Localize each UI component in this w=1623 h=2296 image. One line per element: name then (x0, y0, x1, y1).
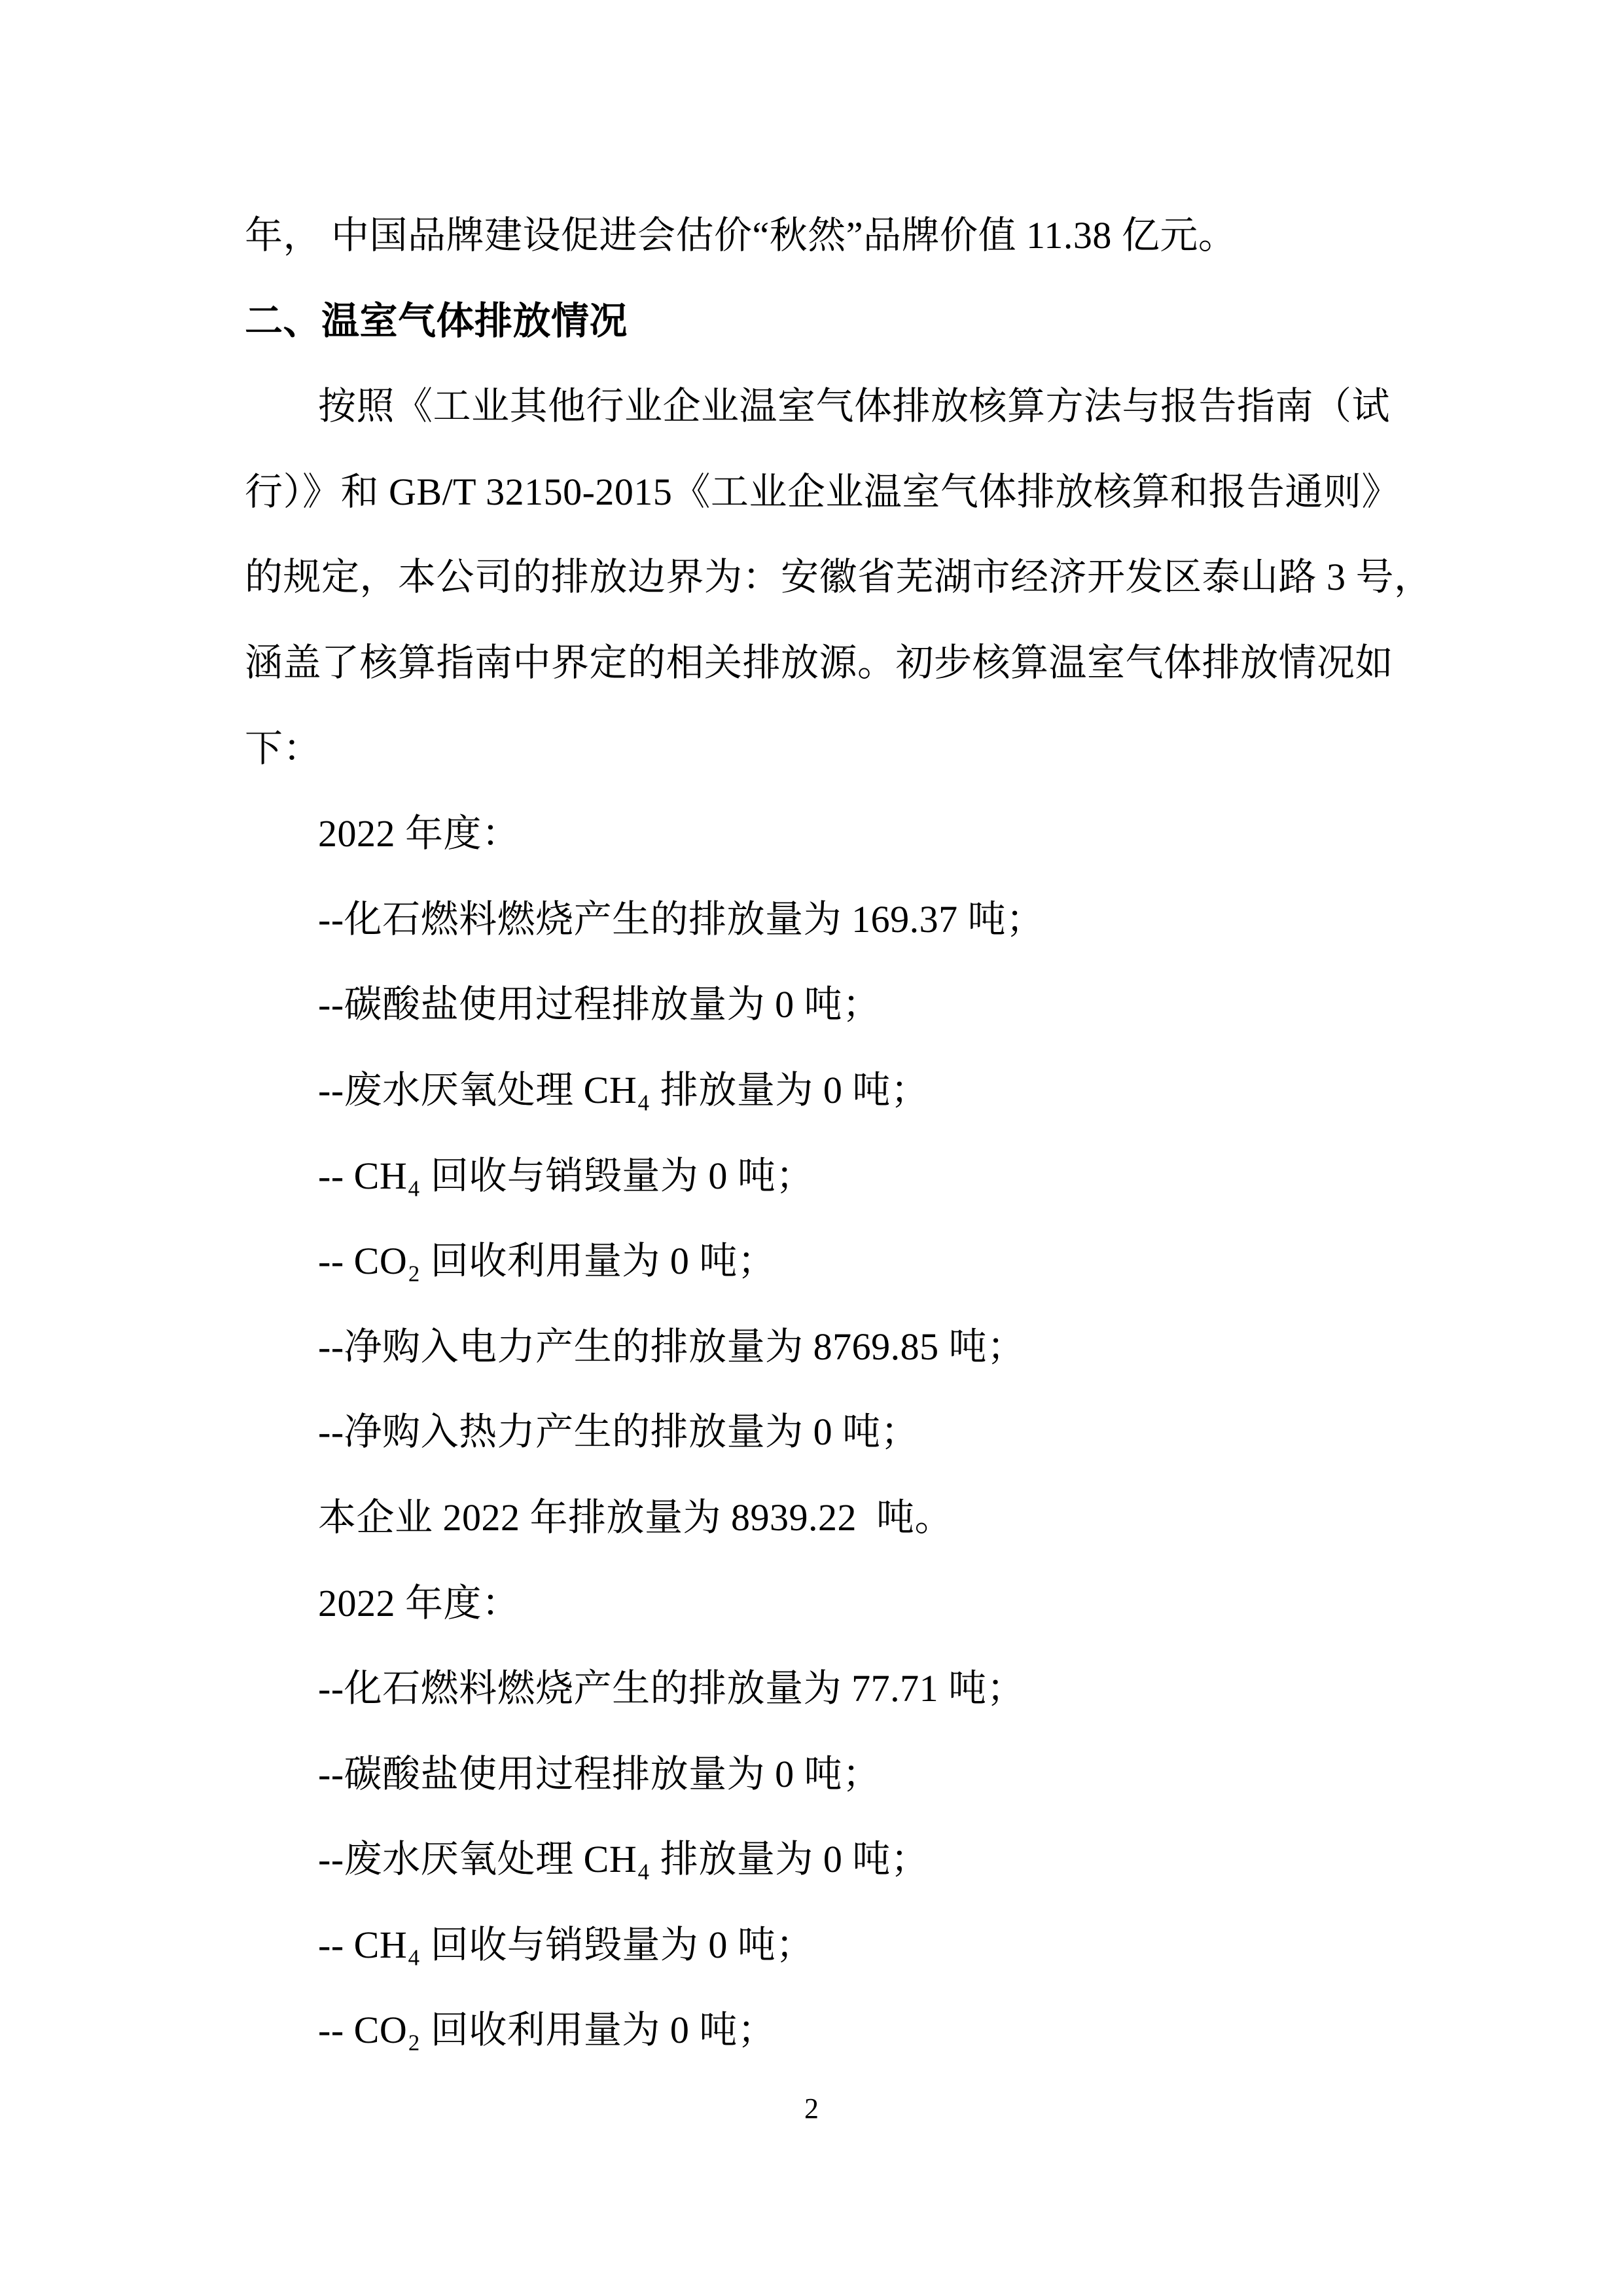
emission-list-item: --净购入热力产生的排放量为 0 吨； (245, 1390, 1383, 1475)
emission-list-item: --化石燃料燃烧产生的排放量为 77.71 吨； (245, 1646, 1383, 1732)
emission-list-item: --废水厌氧处理 CH₄ 排放量为 0 吨； (245, 1817, 1383, 1903)
document-body: 年， 中国品牌建设促进会估价“秋然”品牌价值 11.38 亿元。 二、温室气体排… (245, 193, 1383, 2073)
emission-list-item: --碳酸盐使用过程排放量为 0 吨； (245, 1732, 1383, 1818)
emission-list-item: --净购入电力产生的排放量为 8769.85 吨； (245, 1304, 1383, 1390)
total-emission-line: 本企业 2022 年排放量为 8939.22 吨。 (245, 1475, 1383, 1561)
page-number: 2 (0, 2089, 1623, 2128)
paragraph-continuation-line: 年， 中国品牌建设促进会估价“秋然”品牌价值 11.38 亿元。 (245, 193, 1383, 279)
paragraph-line: 行）》和 GB/T 32150-2015《工业企业温室气体排放核算和报告通则》 (245, 450, 1383, 535)
emission-list-item: --废水厌氧处理 CH₄ 排放量为 0 吨； (245, 1048, 1383, 1134)
paragraph-line: 的规定，本公司的排放边界为：安徽省芜湖市经济开发区泰山路 3 号， (245, 535, 1383, 620)
document-page: 年， 中国品牌建设促进会估价“秋然”品牌价值 11.38 亿元。 二、温室气体排… (0, 0, 1623, 2296)
paragraph-line: 下： (245, 706, 1383, 792)
year-label-line: 2022 年度： (245, 791, 1383, 877)
emission-list-item: -- CH₄ 回收与销毁量为 0 吨； (245, 1134, 1383, 1219)
emission-list-item: -- CO₂ 回收利用量为 0 吨； (245, 1219, 1383, 1304)
emission-list-item: --化石燃料燃烧产生的排放量为 169.37 吨； (245, 877, 1383, 963)
emission-list-item: --碳酸盐使用过程排放量为 0 吨； (245, 962, 1383, 1048)
emission-list-item: -- CH₄ 回收与销毁量为 0 吨； (245, 1903, 1383, 1988)
section-heading: 二、温室气体排放情况 (245, 279, 1383, 365)
year-label-line: 2022 年度： (245, 1561, 1383, 1647)
paragraph-line: 按照《工业其他行业企业温室气体排放核算方法与报告指南（试 (245, 364, 1383, 450)
emission-list-item: -- CO₂ 回收利用量为 0 吨； (245, 1988, 1383, 2073)
paragraph-line: 涵盖了核算指南中界定的相关排放源。初步核算温室气体排放情况如 (245, 620, 1383, 706)
